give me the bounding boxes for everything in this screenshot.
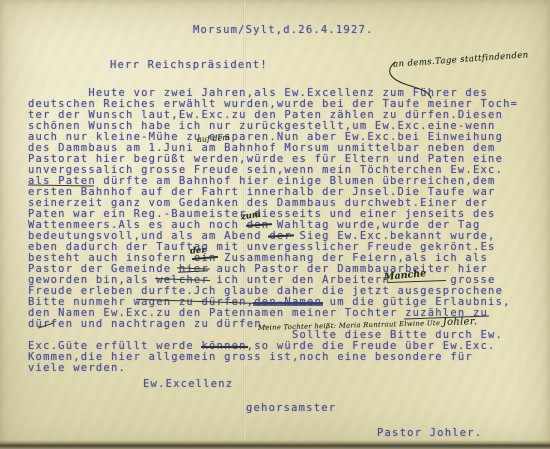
signature: Pastor Johler. <box>377 427 482 439</box>
closing-excellenz: Ew.Excellenz <box>143 378 233 390</box>
insertion-mark-curve <box>385 58 445 103</box>
typed-line: viele werden. <box>28 363 518 374</box>
handwritten-der: der <box>190 245 207 256</box>
dateline: Morsum/Sylt,d.26.4.1927. <box>193 24 374 36</box>
pen-strike-koennen <box>201 346 248 348</box>
scan-bottom-edge <box>0 440 550 449</box>
typed-strike-den-namen <box>253 302 323 304</box>
letter-page: Morsum/Sylt,d.26.4.1927. Herr Reichspräs… <box>0 0 550 449</box>
salutation: Herr Reichspräsident! <box>110 59 268 71</box>
closing-gehorsamster: gehorsamster <box>246 402 336 414</box>
